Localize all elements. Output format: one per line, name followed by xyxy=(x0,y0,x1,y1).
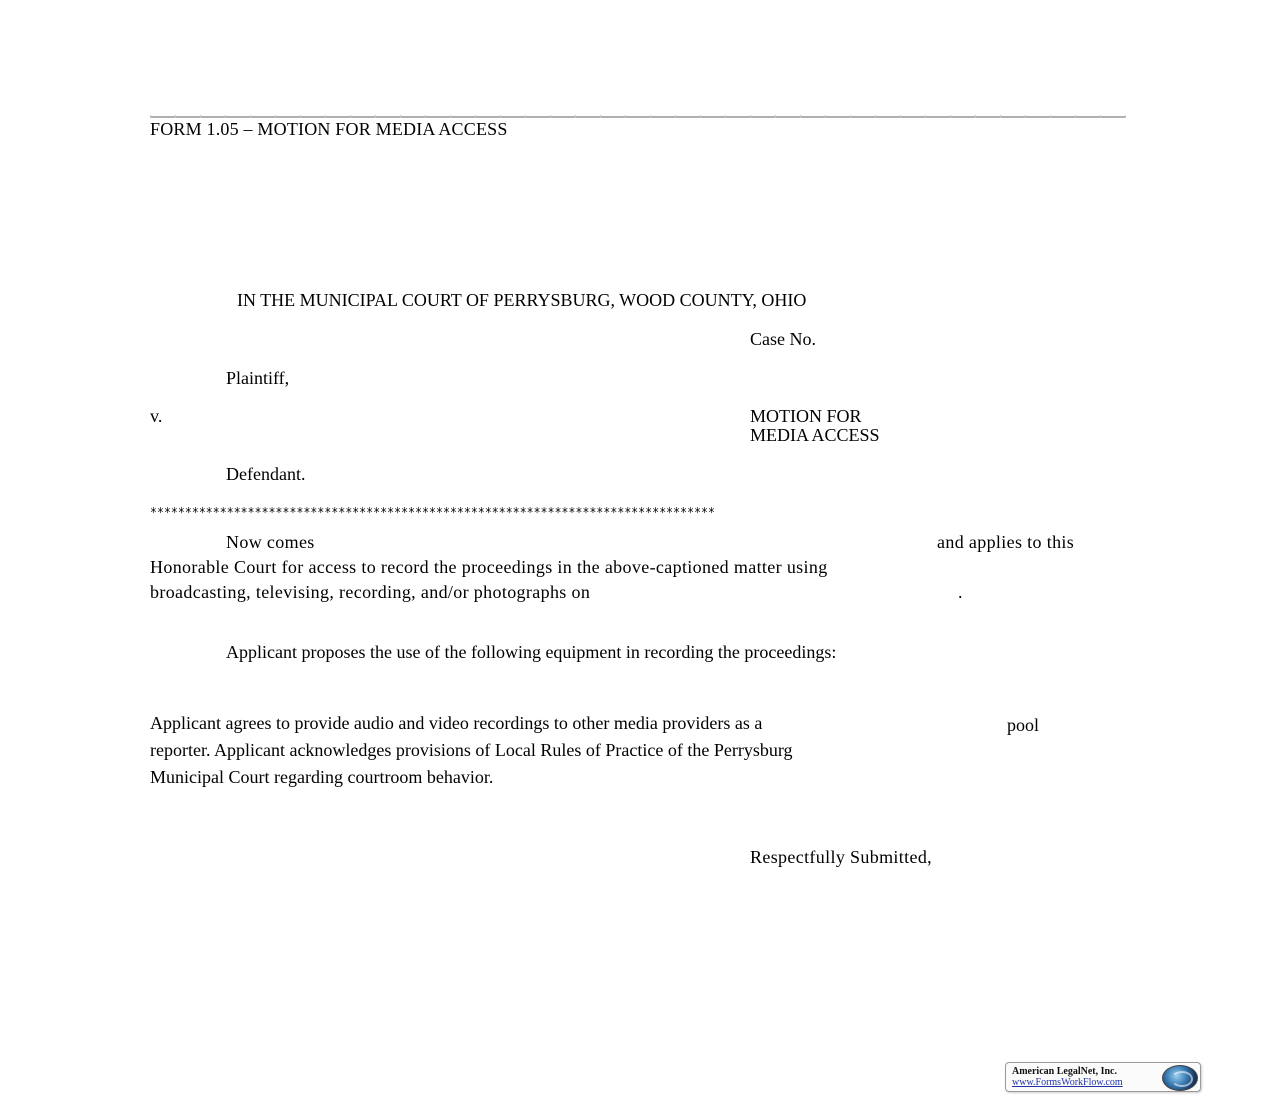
court-heading: IN THE MUNICIPAL COURT OF PERRYSBURG, WO… xyxy=(237,290,806,311)
motion-title-line1: MOTION FOR xyxy=(750,406,862,427)
para3-line3: Municipal Court regarding courtroom beha… xyxy=(150,767,493,788)
equipment-text: Applicant proposes the use of the follow… xyxy=(226,642,836,663)
rule-tick xyxy=(325,115,326,118)
rule-tick xyxy=(350,115,351,118)
rule-tick xyxy=(1050,115,1051,118)
rule-tick xyxy=(250,115,251,118)
rule-tick xyxy=(1100,115,1101,118)
para3-line1-tail: pool xyxy=(1007,715,1039,736)
rule-tick xyxy=(925,115,926,118)
rule-tick xyxy=(875,115,876,118)
rule-tick xyxy=(625,115,626,118)
rule-tick xyxy=(900,115,901,118)
para1-period: . xyxy=(958,582,963,603)
form-title: FORM 1.05 – MOTION FOR MEDIA ACCESS xyxy=(150,119,508,140)
rule-tick xyxy=(1125,115,1126,118)
para3-line1: Applicant agrees to provide audio and vi… xyxy=(150,713,762,734)
para1-line3: broadcasting, televising, recording, and… xyxy=(150,582,590,603)
rule-tick xyxy=(375,115,376,118)
rule-tick xyxy=(1025,115,1026,118)
rule-tick xyxy=(750,115,751,118)
versus-label: v. xyxy=(150,406,162,427)
rule-tick xyxy=(200,115,201,118)
defendant-label: Defendant. xyxy=(226,464,305,485)
rule-tick xyxy=(475,115,476,118)
rule-tick xyxy=(1000,115,1001,118)
rule-tick xyxy=(300,115,301,118)
rule-tick xyxy=(850,115,851,118)
logo-company: American LegalNet, Inc. xyxy=(1012,1066,1117,1077)
rule-tick xyxy=(725,115,726,118)
rule-tick xyxy=(800,115,801,118)
american-legalnet-logo[interactable]: American LegalNet, Inc. www.FormsWorkFlo… xyxy=(1005,1062,1201,1092)
rule-tick xyxy=(950,115,951,118)
rule-tick xyxy=(425,115,426,118)
motion-title-line2: MEDIA ACCESS xyxy=(750,425,880,446)
rule-tick xyxy=(775,115,776,118)
para3-line2: reporter. Applicant acknowledges provisi… xyxy=(150,740,793,761)
header-rule xyxy=(150,116,1126,118)
rule-tick xyxy=(1075,115,1076,118)
rule-tick xyxy=(550,115,551,118)
rule-tick xyxy=(575,115,576,118)
case-number-label: Case No. xyxy=(750,329,816,350)
applies-text: and applies to this xyxy=(937,532,1074,553)
rule-tick xyxy=(650,115,651,118)
caption-separator: ****************************************… xyxy=(150,506,715,521)
globe-icon xyxy=(1162,1065,1198,1091)
rule-tick xyxy=(825,115,826,118)
para1-line2: Honorable Court for access to record the… xyxy=(150,557,828,578)
logo-url-link[interactable]: www.FormsWorkFlow.com xyxy=(1012,1077,1123,1088)
signature-closing: Respectfully Submitted, xyxy=(750,847,932,868)
rule-tick xyxy=(975,115,976,118)
rule-tick xyxy=(175,115,176,118)
rule-tick xyxy=(700,115,701,118)
rule-tick xyxy=(450,115,451,118)
rule-tick xyxy=(400,115,401,118)
rule-tick xyxy=(500,115,501,118)
rule-tick xyxy=(525,115,526,118)
rule-tick xyxy=(275,115,276,118)
rule-tick xyxy=(675,115,676,118)
plaintiff-label: Plaintiff, xyxy=(226,368,289,389)
rule-tick xyxy=(600,115,601,118)
rule-tick xyxy=(225,115,226,118)
rule-tick xyxy=(150,115,151,118)
now-comes-text: Now comes xyxy=(226,532,315,553)
